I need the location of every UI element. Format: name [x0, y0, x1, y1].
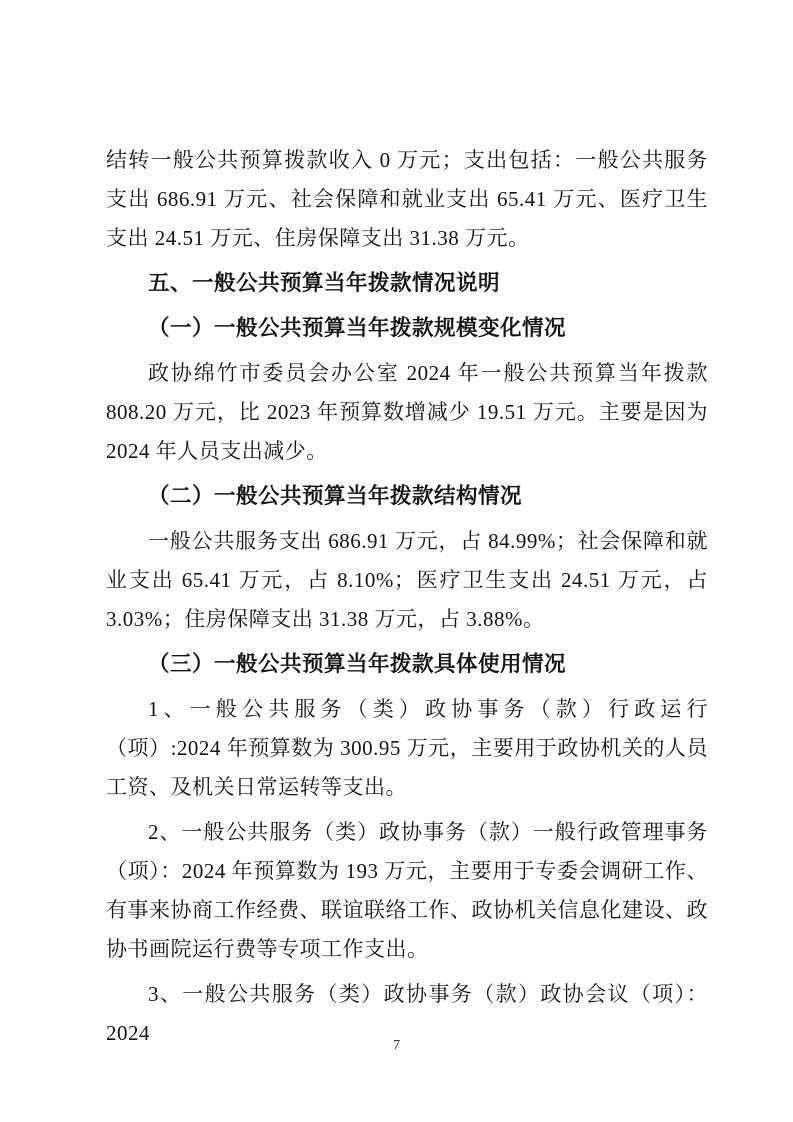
subsection-heading-1: （一）一般公共预算当年拨款规模变化情况	[106, 309, 708, 348]
subsection-heading-3: （三）一般公共预算当年拨款具体使用情况	[106, 645, 708, 684]
section-heading-5: 五、一般公共预算当年拨款情况说明	[106, 264, 708, 303]
body-paragraph: 2、一般公共服务（类）政协事务（款）一般行政管理事务（项）：2024 年预算数为…	[106, 813, 708, 969]
document-page: 结转一般公共预算拨款收入 0 万元；支出包括：一般公共服务支出 686.91 万…	[0, 0, 793, 1122]
body-paragraph-continued: 结转一般公共预算拨款收入 0 万元；支出包括：一般公共服务支出 686.91 万…	[106, 141, 708, 258]
document-body: 结转一般公共预算拨款收入 0 万元；支出包括：一般公共服务支出 686.91 万…	[106, 141, 708, 1059]
subsection-heading-2: （二）一般公共预算当年拨款结构情况	[106, 477, 708, 516]
body-paragraph: 政协绵竹市委员会办公室 2024 年一般公共预算当年拨款 808.20 万元，比…	[106, 354, 708, 471]
body-paragraph: 1、一般公共服务（类）政协事务（款）行政运行（项）:2024 年预算数为 300…	[106, 690, 708, 807]
body-paragraph: 一般公共服务支出 686.91 万元，占 84.99%；社会保障和就业支出 65…	[106, 522, 708, 639]
page-number: 7	[0, 1036, 793, 1056]
